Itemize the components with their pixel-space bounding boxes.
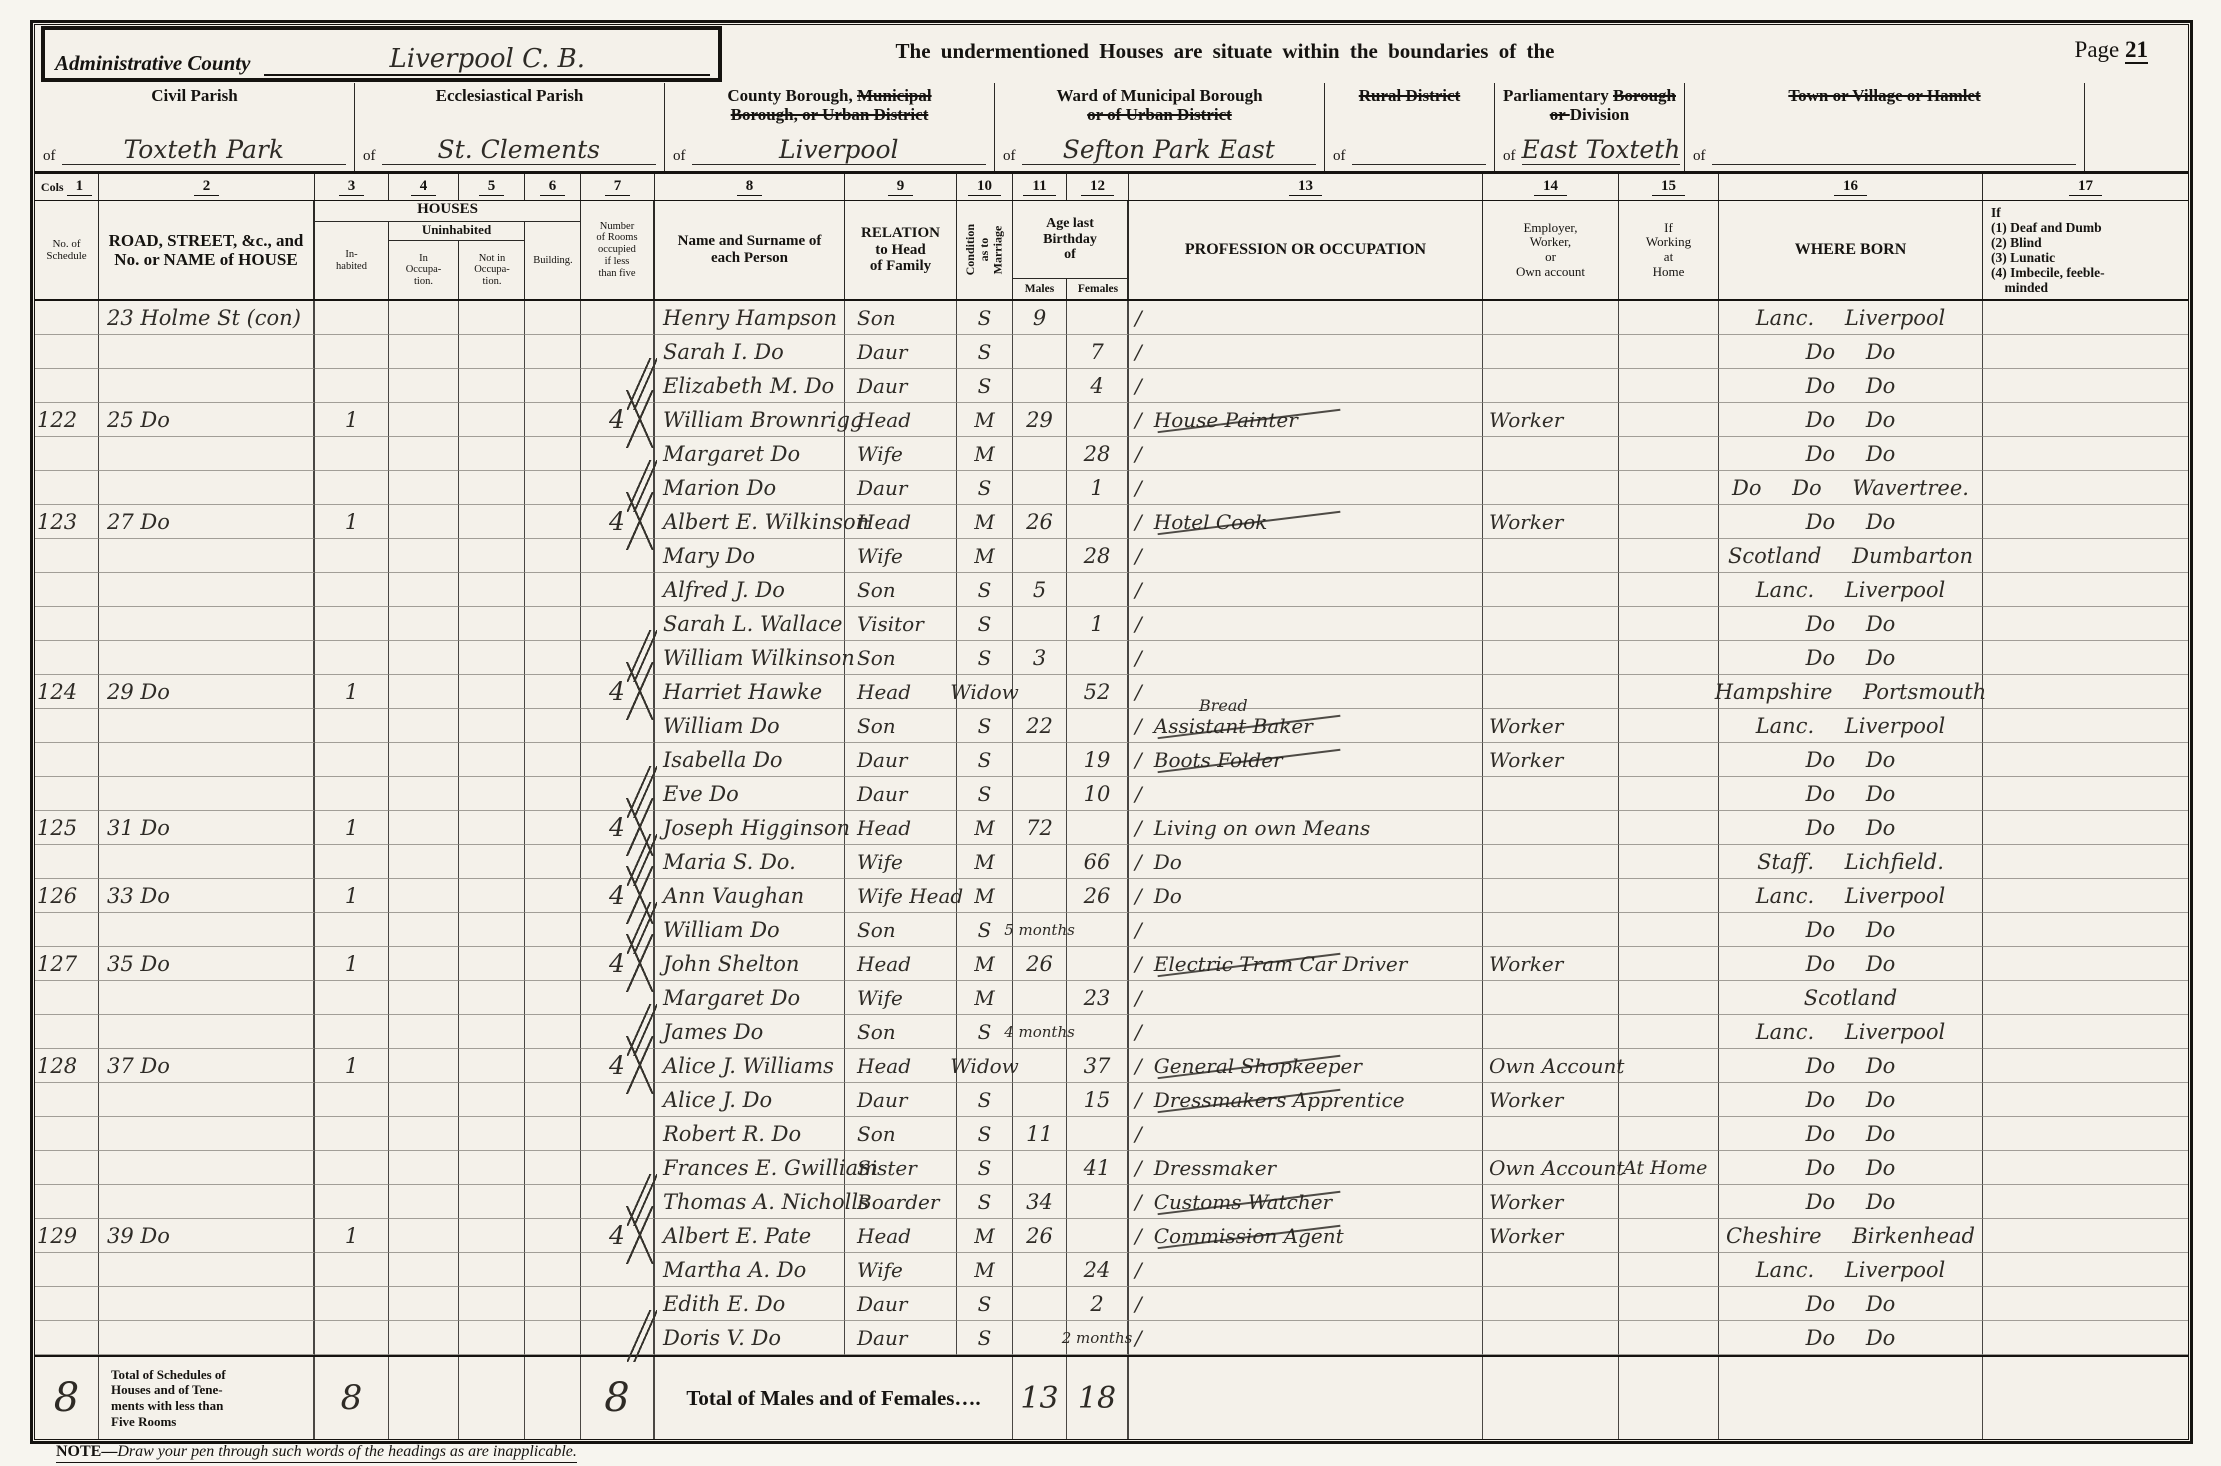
footer-note-prefix: NOTE— (56, 1443, 117, 1460)
column-number: 17 (1983, 174, 2188, 200)
cell-working-at-home (1619, 811, 1719, 845)
district-of-label: of (1003, 148, 1016, 165)
cell-age-female (1067, 1219, 1129, 1253)
cell-age-male: 11 (1013, 1117, 1067, 1151)
cell-in-occupation (389, 335, 459, 369)
cell-rooms (581, 573, 655, 607)
cell-inhabited (315, 369, 389, 403)
header-not-in-occupation: Not in Occupa- tion. (459, 241, 525, 299)
cell-address (99, 743, 315, 777)
cell-where-born: Scotland (1719, 981, 1983, 1015)
cell-not-in-occupation (459, 1219, 525, 1253)
cell-schedule-number: 129 (35, 1219, 99, 1253)
cell-address (99, 539, 315, 573)
cell-employer-status (1483, 811, 1619, 845)
cell-building (525, 505, 581, 539)
cell-age-male: 5 months (1013, 913, 1067, 947)
cell-not-in-occupation (459, 709, 525, 743)
cell-age-female (1067, 811, 1129, 845)
cell-inhabited (315, 1287, 389, 1321)
profession-text: Dressmakers Apprentice (1154, 1088, 1405, 1112)
cell-person-name: Ann Vaughan (655, 879, 845, 913)
district-label-segment: Borough (1613, 86, 1676, 105)
cell-infirmity (1983, 777, 2188, 811)
cell-profession: Do (1129, 879, 1483, 913)
cell-not-in-occupation (459, 947, 525, 981)
cell-schedule-number (35, 335, 99, 369)
column-number: 4 (389, 174, 459, 200)
cell-working-at-home (1619, 1287, 1719, 1321)
cell-schedule-number (35, 539, 99, 573)
cell-schedule-number (35, 1015, 99, 1049)
cell-infirmity (1983, 641, 2188, 675)
header-employer-status: Employer, Worker, or Own account (1483, 201, 1619, 299)
cell-not-in-occupation (459, 981, 525, 1015)
cell-condition: S (957, 1287, 1013, 1321)
cell-condition: S (957, 335, 1013, 369)
cell-employer-status: Own Account (1483, 1049, 1619, 1083)
cell-condition: M (957, 981, 1013, 1015)
cell-person-name: Elizabeth M. Do (655, 369, 845, 403)
header-uninhabited: Uninhabited (389, 222, 524, 241)
cell-not-in-occupation (459, 471, 525, 505)
cell-in-occupation (389, 1151, 459, 1185)
cell-condition: M (957, 811, 1013, 845)
cell-in-occupation (389, 1117, 459, 1151)
cell-building (525, 743, 581, 777)
admin-county-box: Administrative County Liverpool C. B. (41, 26, 722, 82)
cell-age-male: 4 months (1013, 1015, 1067, 1049)
cell-condition: S (957, 913, 1013, 947)
cell-age-male (1013, 845, 1067, 879)
cell-working-at-home (1619, 437, 1719, 471)
header-relation: RELATION to Head of Family (845, 201, 957, 299)
cell-address (99, 1151, 315, 1185)
cell-profession (1129, 1321, 1483, 1355)
cell-age-female (1067, 573, 1129, 607)
cell-infirmity (1983, 301, 2188, 335)
cell-relation: Boarder (845, 1185, 957, 1219)
table-row: James Do Son S 4 months Lanc. Liverpool (35, 1015, 2188, 1049)
cell-employer-status (1483, 1117, 1619, 1151)
total-females-value: 18 (1067, 1357, 1129, 1439)
profession-text: Do (1154, 884, 1182, 908)
cell-age-male (1013, 1083, 1067, 1117)
cell-relation: Son (845, 1117, 957, 1151)
cell-where-born: Do Do (1719, 437, 1983, 471)
cell-in-occupation (389, 539, 459, 573)
cell-employer-status (1483, 675, 1619, 709)
district-label-segment: Town or Village or Hamlet (1788, 86, 1980, 105)
cell-working-at-home (1619, 641, 1719, 675)
cell-person-name: Eve Do (655, 777, 845, 811)
total-empty-cell (1483, 1357, 1619, 1439)
header-condition: Condition as to Marriage (957, 201, 1013, 299)
cell-person-name: Harriet Hawke (655, 675, 845, 709)
cell-address (99, 335, 315, 369)
district-box-value: St. Clements (382, 135, 657, 165)
district-box: Rural District of (1325, 83, 1495, 171)
cell-not-in-occupation (459, 1117, 525, 1151)
district-box-label: Parliamentary Borough or Division (1503, 87, 1676, 124)
cell-person-name: William Wilkinson (655, 641, 845, 675)
cell-profession (1129, 981, 1483, 1015)
cell-age-female: 19 (1067, 743, 1129, 777)
cell-age-female: 28 (1067, 539, 1129, 573)
cell-relation: Daur (845, 1321, 957, 1355)
header-condition-text: Condition as to Marriage (964, 224, 1005, 275)
cell-relation: Son (845, 913, 957, 947)
cell-infirmity (1983, 505, 2188, 539)
cell-person-name: Joseph Higginson (655, 811, 845, 845)
table-row: Robert R. Do Son S 11 Do Do (35, 1117, 2188, 1151)
header-males: Males (1013, 279, 1067, 299)
cell-age-female (1067, 709, 1129, 743)
profession-insertion: Bread (1199, 696, 1248, 715)
cell-age-male (1013, 335, 1067, 369)
cell-not-in-occupation (459, 879, 525, 913)
cell-relation: Daur (845, 1287, 957, 1321)
district-box-value: Toxteth Park (62, 135, 347, 165)
cell-inhabited (315, 913, 389, 947)
cell-relation: Daur (845, 369, 957, 403)
cell-in-occupation (389, 437, 459, 471)
district-box-value (1352, 138, 1487, 165)
cell-age-female (1067, 1117, 1129, 1151)
cell-in-occupation (389, 743, 459, 777)
total-inhabited-value: 8 (315, 1357, 389, 1439)
cell-employer-status (1483, 539, 1619, 573)
district-label-segment: Rural District (1359, 86, 1461, 105)
page-number: Page 21 (2075, 37, 2148, 63)
cell-age-female: 23 (1067, 981, 1129, 1015)
cell-not-in-occupation (459, 845, 525, 879)
table-row: Eve Do Daur S 10 Do Do (35, 777, 2188, 811)
cell-schedule-number (35, 437, 99, 471)
cell-infirmity (1983, 1049, 2188, 1083)
cell-infirmity (1983, 879, 2188, 913)
cell-building (525, 947, 581, 981)
cell-where-born: Staff. Lichfield. (1719, 845, 1983, 879)
cell-infirmity (1983, 1117, 2188, 1151)
cell-not-in-occupation (459, 1049, 525, 1083)
cell-profession (1129, 437, 1483, 471)
cell-age-male (1013, 1151, 1067, 1185)
district-label-segment: Division (1570, 105, 1630, 124)
cell-inhabited (315, 1117, 389, 1151)
cell-building (525, 1049, 581, 1083)
table-row: Sarah L. Wallace Visitor S 1 Do Do (35, 607, 2188, 641)
district-of-label: of (363, 148, 376, 165)
cell-building (525, 1253, 581, 1287)
cell-in-occupation (389, 301, 459, 335)
profession-text: Dressmaker (1154, 1156, 1276, 1180)
district-label-segment: Civil Parish (151, 86, 237, 105)
district-box-label: Ward of Municipal Borough or of Urban Di… (1003, 87, 1316, 124)
cell-in-occupation (389, 505, 459, 539)
cell-working-at-home (1619, 369, 1719, 403)
cell-employer-status (1483, 1253, 1619, 1287)
cell-profession (1129, 1253, 1483, 1287)
cell-profession (1129, 1015, 1483, 1049)
table-row: Frances E. Gwilliam Sister S 41 Dressmak… (35, 1151, 2188, 1185)
cell-person-name: Mary Do (655, 539, 845, 573)
cell-relation: Daur (845, 777, 957, 811)
cell-schedule-number (35, 913, 99, 947)
cell-employer-status (1483, 301, 1619, 335)
table-row: Elizabeth M. Do Daur S 4 Do Do (35, 369, 2188, 403)
cell-infirmity (1983, 471, 2188, 505)
cell-schedule-number (35, 1151, 99, 1185)
cell-in-occupation (389, 369, 459, 403)
cell-address: 27 Do (99, 505, 315, 539)
cell-age-male: 34 (1013, 1185, 1067, 1219)
total-empty-cell (459, 1357, 525, 1439)
cell-relation: Wife (845, 981, 957, 1015)
cell-not-in-occupation (459, 301, 525, 335)
table-row: Edith E. Do Daur S 2 Do Do (35, 1287, 2188, 1321)
cell-person-name: James Do (655, 1015, 845, 1049)
header-rooms: Number of Rooms occupied if less than fi… (581, 201, 655, 299)
district-box: Town or Village or Hamlet of (1685, 83, 2085, 171)
cell-infirmity (1983, 369, 2188, 403)
cell-not-in-occupation (459, 641, 525, 675)
header-infirmity: If (1) Deaf and Dumb (2) Blind (3) Lunat… (1983, 201, 2188, 299)
cell-condition: M (957, 879, 1013, 913)
cell-age-male: 22 (1013, 709, 1067, 743)
cell-person-name: Sarah I. Do (655, 335, 845, 369)
cell-where-born: Do Do (1719, 913, 1983, 947)
column-numbers-row: Cols1234567891011121314151617 (35, 174, 2188, 201)
header-age-group: Age last Birthday of Males Females (1013, 201, 1129, 299)
cell-not-in-occupation (459, 1015, 525, 1049)
cell-employer-status: Worker (1483, 947, 1619, 981)
header-houses-group: HOUSES In- habited Uninhabited In Occupa… (315, 201, 581, 299)
district-of-label: of (43, 148, 56, 165)
cell-relation: Wife (845, 539, 957, 573)
cell-where-born: Do Do (1719, 1321, 1983, 1355)
cell-relation: Daur (845, 335, 957, 369)
cell-age-female: 2 (1067, 1287, 1129, 1321)
header-schedule: No. of Schedule (35, 201, 99, 299)
cell-profession (1129, 641, 1483, 675)
cell-condition: S (957, 1321, 1013, 1355)
cell-age-male: 26 (1013, 1219, 1067, 1253)
cell-inhabited (315, 709, 389, 743)
table-row: 129 39 Do 1 4 Albert E. Pate Head M 26 C… (35, 1219, 2188, 1253)
column-number: 11 (1013, 174, 1067, 200)
cell-infirmity (1983, 573, 2188, 607)
cell-where-born: Do Do (1719, 811, 1983, 845)
cell-infirmity (1983, 1219, 2188, 1253)
cell-relation: Head (845, 1049, 957, 1083)
district-label-segment: Municipal (857, 86, 932, 105)
column-number: 12 (1067, 174, 1129, 200)
cell-infirmity (1983, 913, 2188, 947)
cell-profession (1129, 369, 1483, 403)
cell-profession (1129, 301, 1483, 335)
table-body: 23 Holme St (con) Henry Hampson Son S 9 … (35, 301, 2188, 1355)
table-row: William Do Son S 5 months Do Do (35, 913, 2188, 947)
cell-schedule-number: 126 (35, 879, 99, 913)
cell-condition: S (957, 1185, 1013, 1219)
district-box: Civil Parish of Toxteth Park (35, 83, 355, 171)
cell-age-female (1067, 403, 1129, 437)
footer-note-text: Draw your pen through such words of the … (117, 1443, 577, 1460)
cell-employer-status (1483, 641, 1619, 675)
cell-address (99, 845, 315, 879)
cell-person-name: Margaret Do (655, 981, 845, 1015)
cell-age-female: 28 (1067, 437, 1129, 471)
cell-building (525, 1117, 581, 1151)
table-row: Margaret Do Wife M 28 Do Do (35, 437, 2188, 471)
cell-profession (1129, 675, 1483, 709)
cell-employer-status (1483, 981, 1619, 1015)
cell-person-name: Henry Hampson (655, 301, 845, 335)
cell-schedule-number: 125 (35, 811, 99, 845)
cell-working-at-home (1619, 505, 1719, 539)
cell-building (525, 369, 581, 403)
page-number-value: 21 (2125, 37, 2148, 64)
cell-relation: Head (845, 505, 957, 539)
cell-person-name: William Brownrigg (655, 403, 845, 437)
cell-schedule-number (35, 641, 99, 675)
cell-address (99, 607, 315, 641)
cell-age-female: 10 (1067, 777, 1129, 811)
cell-building (525, 1321, 581, 1355)
cell-inhabited (315, 573, 389, 607)
total-males-females-label: Total of Males and of Females…. (655, 1357, 1013, 1439)
cell-employer-status: Worker (1483, 709, 1619, 743)
cell-relation: Head (845, 947, 957, 981)
cell-age-female (1067, 301, 1129, 335)
cell-schedule-number (35, 981, 99, 1015)
cell-building (525, 1287, 581, 1321)
cell-person-name: William Do (655, 913, 845, 947)
district-box: Ward of Municipal Borough or of Urban Di… (995, 83, 1325, 171)
header-females: Females (1067, 279, 1129, 299)
cell-working-at-home (1619, 743, 1719, 777)
totals-row: 8 Total of Schedules of Houses and of Te… (35, 1355, 2188, 1439)
cell-working-at-home: At Home (1619, 1151, 1719, 1185)
cell-infirmity (1983, 675, 2188, 709)
table-row: 128 37 Do 1 4 Alice J. Williams Head Wid… (35, 1049, 2188, 1083)
cell-age-male: 26 (1013, 505, 1067, 539)
cell-address (99, 777, 315, 811)
cell-schedule-number: 128 (35, 1049, 99, 1083)
header-inhabited: In- habited (315, 222, 389, 299)
cell-not-in-occupation (459, 539, 525, 573)
table-row: Doris V. Do Daur S 2 months Do Do (35, 1321, 2188, 1355)
cell-schedule-number: 122 (35, 403, 99, 437)
cell-infirmity (1983, 607, 2188, 641)
census-sheet: Administrative County Liverpool C. B. Th… (30, 20, 2193, 1444)
cell-address (99, 1321, 315, 1355)
cell-schedule-number (35, 1253, 99, 1287)
cell-profession (1129, 913, 1483, 947)
cell-working-at-home (1619, 573, 1719, 607)
cell-where-born: Do Do (1719, 1049, 1983, 1083)
cell-schedule-number (35, 471, 99, 505)
cell-infirmity (1983, 437, 2188, 471)
cell-in-occupation (389, 709, 459, 743)
cell-in-occupation (389, 947, 459, 981)
cell-relation: Wife Head (845, 879, 957, 913)
cell-in-occupation (389, 1253, 459, 1287)
cell-age-male (1013, 1253, 1067, 1287)
cell-inhabited: 1 (315, 1049, 389, 1083)
cell-building (525, 981, 581, 1015)
district-box-label: Civil Parish (43, 87, 346, 106)
column-number: 5 (459, 174, 525, 200)
cell-working-at-home (1619, 403, 1719, 437)
cell-in-occupation (389, 879, 459, 913)
cell-building (525, 403, 581, 437)
cell-employer-status (1483, 913, 1619, 947)
cell-building (525, 879, 581, 913)
cell-inhabited (315, 607, 389, 641)
cell-schedule-number: 124 (35, 675, 99, 709)
cell-where-born: Cheshire Birkenhead (1719, 1219, 1983, 1253)
cell-profession (1129, 607, 1483, 641)
cell-employer-status (1483, 471, 1619, 505)
total-males-value: 13 (1013, 1357, 1067, 1439)
cell-building (525, 573, 581, 607)
cell-inhabited: 1 (315, 505, 389, 539)
cell-age-male (1013, 1049, 1067, 1083)
cell-in-occupation (389, 1321, 459, 1355)
cell-not-in-occupation (459, 777, 525, 811)
cell-employer-status (1483, 777, 1619, 811)
cell-in-occupation (389, 607, 459, 641)
cell-employer-status: Worker (1483, 505, 1619, 539)
cell-in-occupation (389, 1015, 459, 1049)
cell-relation: Wife (845, 437, 957, 471)
cell-age-male: 5 (1013, 573, 1067, 607)
cell-schedule-number (35, 1117, 99, 1151)
cell-in-occupation (389, 1287, 459, 1321)
cell-working-at-home (1619, 1049, 1719, 1083)
cell-where-born: Lanc. Liverpool (1719, 573, 1983, 607)
cell-inhabited: 1 (315, 879, 389, 913)
cell-working-at-home (1619, 709, 1719, 743)
cell-person-name: Alfred J. Do (655, 573, 845, 607)
cell-infirmity (1983, 709, 2188, 743)
profession-text: Hotel Cook (1154, 510, 1268, 534)
cell-condition: S (957, 1083, 1013, 1117)
cell-schedule-number (35, 369, 99, 403)
cell-where-born: Do Do (1719, 947, 1983, 981)
cell-relation: Son (845, 1015, 957, 1049)
cell-condition: S (957, 709, 1013, 743)
cell-inhabited: 1 (315, 403, 389, 437)
cell-not-in-occupation (459, 505, 525, 539)
cell-relation: Head (845, 811, 957, 845)
table-row: 122 25 Do 1 4 William Brownrigg Head M 2… (35, 403, 2188, 437)
cell-not-in-occupation (459, 437, 525, 471)
cell-inhabited (315, 1253, 389, 1287)
cell-working-at-home (1619, 1015, 1719, 1049)
cell-building (525, 1151, 581, 1185)
cell-address (99, 573, 315, 607)
cell-age-female: 37 (1067, 1049, 1129, 1083)
cell-infirmity (1983, 743, 2188, 777)
profession-text: General Shopkeeper (1154, 1054, 1362, 1078)
cell-inhabited (315, 471, 389, 505)
cell-age-female: 41 (1067, 1151, 1129, 1185)
cell-in-occupation (389, 845, 459, 879)
cell-building (525, 913, 581, 947)
